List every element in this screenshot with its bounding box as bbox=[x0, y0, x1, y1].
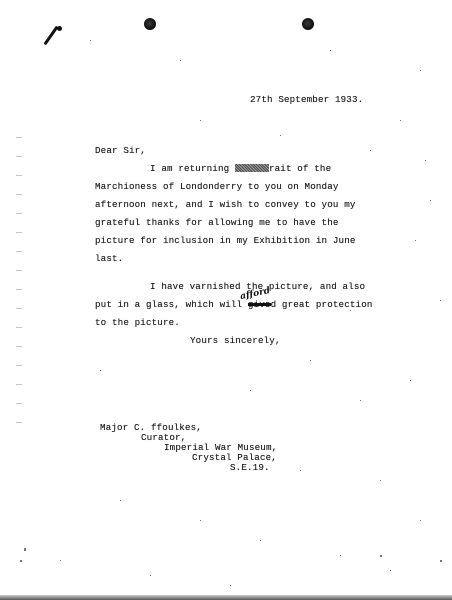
left-margin-specks bbox=[16, 130, 22, 430]
struck-through-text: give bbox=[248, 299, 271, 310]
paragraph-2-line-3: to the picture. bbox=[95, 317, 180, 328]
paragraph-1-line-1: I am returning rait of the bbox=[150, 163, 331, 174]
text: rait of the bbox=[269, 163, 331, 174]
closing: Yours sincerely, bbox=[190, 335, 281, 346]
hole-punch-right bbox=[302, 18, 314, 30]
ink-blot bbox=[57, 26, 62, 31]
page-bottom-edge bbox=[0, 595, 452, 600]
paragraph-2-line-2: put in a glass, which will gived great p… bbox=[95, 299, 373, 310]
paragraph-1-line-5: picture for inclusion in my Exhibition i… bbox=[95, 235, 356, 246]
text: I am returning bbox=[150, 163, 235, 174]
paragraph-1-line-4: grateful thanks for allowing me to have … bbox=[95, 217, 339, 228]
letter-date: 27th September 1933. bbox=[250, 94, 363, 105]
hole-punch-left bbox=[144, 18, 156, 30]
text: d great protection bbox=[271, 299, 373, 310]
paragraph-1-line-3: afternoon next, and I wish to convey to … bbox=[95, 199, 356, 210]
recipient-district: S.E.19. bbox=[230, 462, 270, 473]
paragraph-1-line-2: Marchioness of Londonderry to you on Mon… bbox=[95, 181, 339, 192]
paragraph-1-line-6: last. bbox=[95, 253, 123, 264]
salutation: Dear Sir, bbox=[95, 145, 146, 156]
smudged-text bbox=[235, 164, 269, 172]
text: put in a glass, which will bbox=[95, 299, 248, 310]
scanned-letter-page: 27th September 1933. Dear Sir, I am retu… bbox=[0, 0, 452, 600]
